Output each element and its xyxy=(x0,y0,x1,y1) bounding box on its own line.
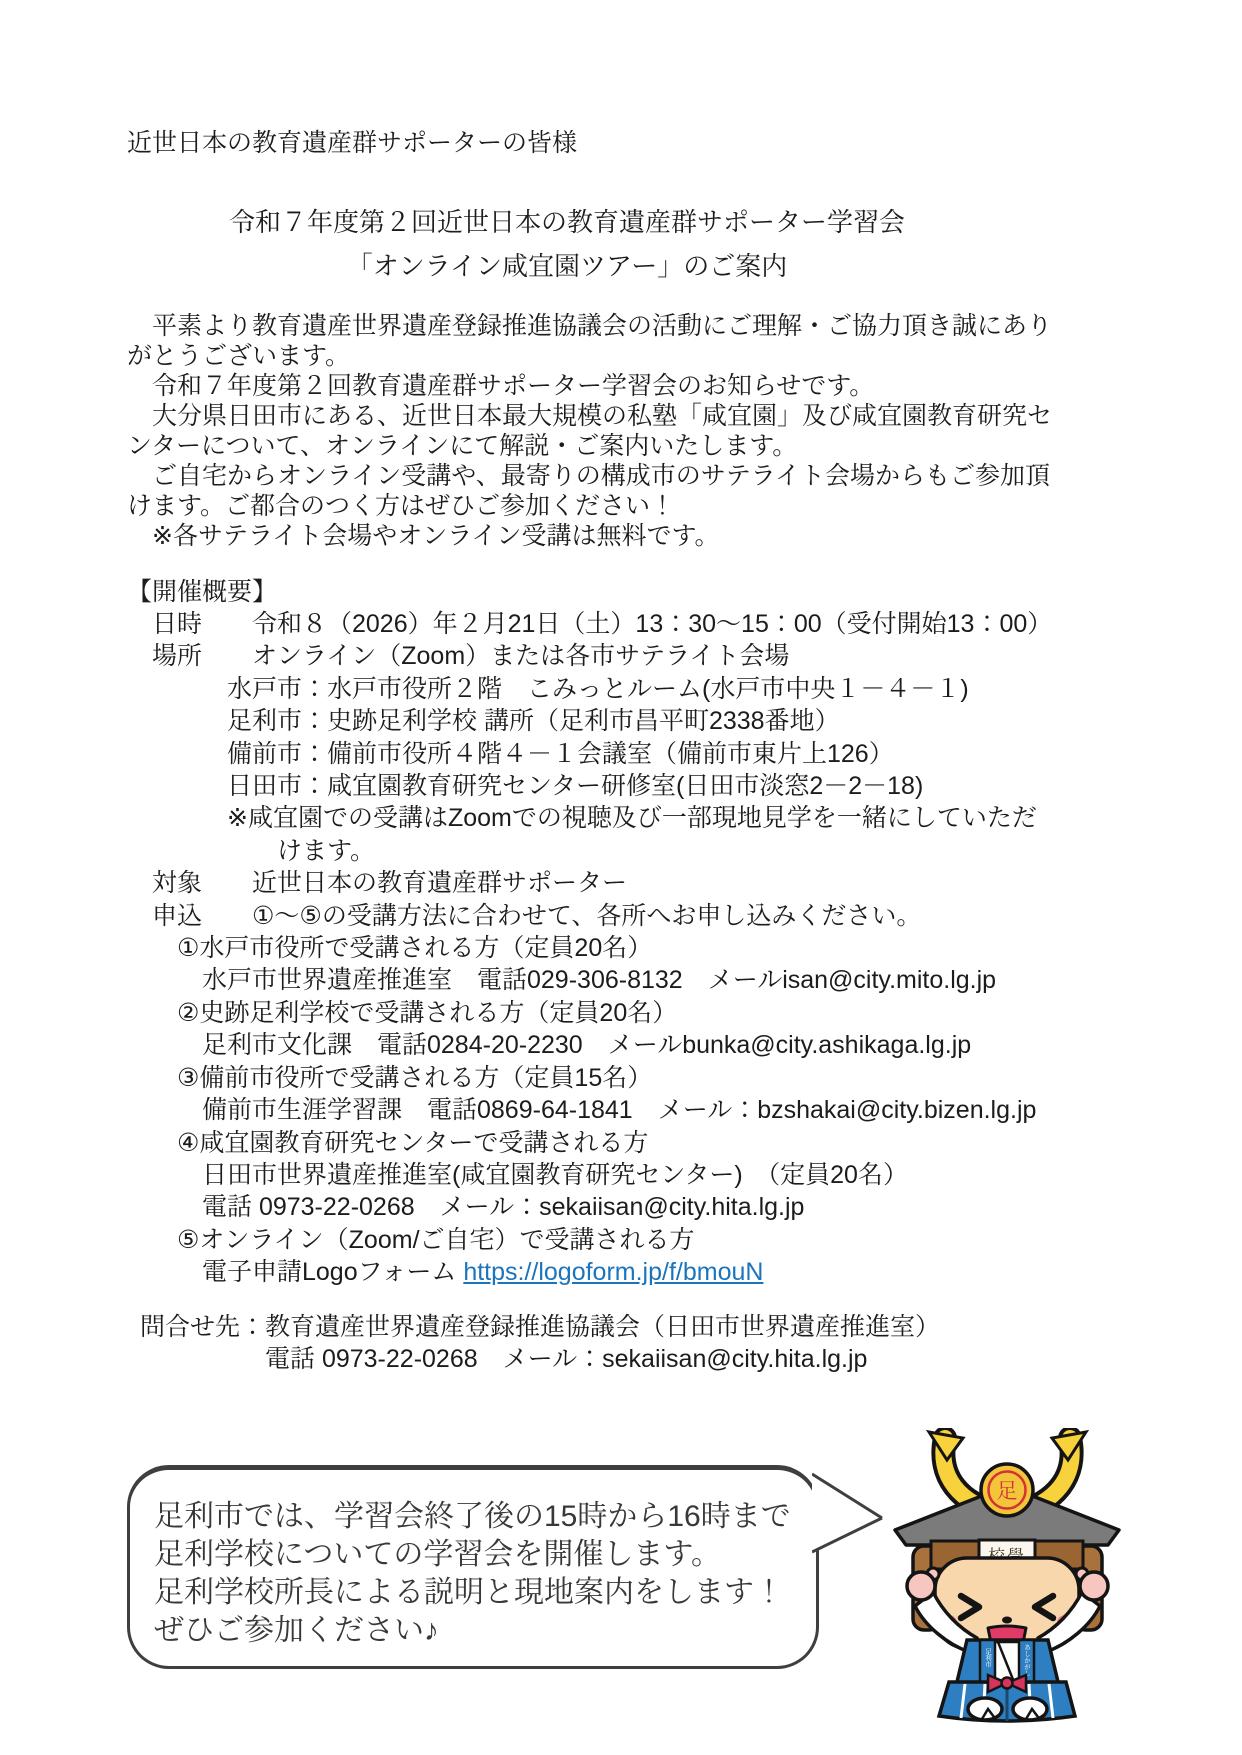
document-line: ②史跡足利学校で受講される方（定員20名） xyxy=(127,997,1187,1029)
speech-bubble-tail xyxy=(812,1468,892,1558)
intro-line: ンターについて、オンラインにて解説・ご案内いたします。 xyxy=(127,431,1187,461)
document-line: 備前市：備前市役所４階４－１会議室（備前市東片上126） xyxy=(127,738,1187,770)
mascot-character: 足 校學 足 xyxy=(885,1428,1130,1723)
contact-line-2: 電話 0973-22-0268 メール：sekaiisan@city.hita.… xyxy=(140,1343,1187,1375)
mascot-nose xyxy=(1002,1617,1012,1624)
document-line: 水戸市世界遺産推進室 電話029-306-8132 メールisan@city.m… xyxy=(127,964,1187,996)
document-line: ⑤オンライン（Zoom/ご自宅）で受講される方 xyxy=(127,1224,1187,1256)
title-line-1: 令和７年度第２回近世日本の教育遺産群サポーター学習会 xyxy=(127,206,1007,238)
document-line: 備前市生涯学習課 電話0869-64-1841 メール：bzshakai@cit… xyxy=(127,1094,1187,1126)
document-line: ④咸宜園教育研究センターで受講される方 xyxy=(127,1127,1187,1159)
document-content: 近世日本の教育遺産群サポーターの皆様 令和７年度第２回近世日本の教育遺産群サポー… xyxy=(127,127,1187,1375)
document-line: 場所 オンライン（Zoom）または各市サテライト会場 xyxy=(127,640,1187,672)
document-line: 日田市：咸宜園教育研究センター研修室(日田市淡窓2－2－18) xyxy=(127,770,1187,802)
document-line: 足利市：史跡足利学校 講所（足利市昌平町2338番地） xyxy=(127,705,1187,737)
document-line: 電話 0973-22-0268 メール：sekaiisan@city.hita.… xyxy=(127,1191,1187,1223)
intro-line: ご自宅からオンライン受講や、最寄りの構成市のサテライト会場からもご参加頂 xyxy=(127,461,1187,491)
mascot-bow-icon xyxy=(988,1675,1026,1692)
recipient-line: 近世日本の教育遺産群サポーターの皆様 xyxy=(127,127,1187,159)
document-line: 電子申請Logoフォーム https://logoform.jp/f/bmouN xyxy=(127,1256,1187,1288)
contact-line-1: 問合せ先：教育遺産世界遺産登録推進協議会（日田市世界遺産推進室） xyxy=(140,1311,1187,1343)
document-line: ※咸宜園での受講はZoomでの視聴及び一部現地見学を一緒にしていただ xyxy=(127,802,1187,834)
document-line: 足利市文化課 電話0284-20-2230 メールbunka@city.ashi… xyxy=(127,1029,1187,1061)
contact-section: 問合せ先：教育遺産世界遺産登録推進協議会（日田市世界遺産推進室） 電話 0973… xyxy=(127,1311,1187,1375)
document-line: 日時 令和８（2026）年２月21日（土）13：30～15：00（受付開始13：… xyxy=(127,608,1187,640)
document-line: ③備前市役所で受講される方（定員15名） xyxy=(127,1062,1187,1094)
document-line: けます。 xyxy=(127,835,1187,867)
speech-bubble-line: 足利市では、学習会終了後の15時から16時まで xyxy=(154,1498,800,1536)
title-line-2: 「オンライン咸宜園ツアー」のご案内 xyxy=(127,250,1007,282)
intro-line: ※各サテライト会場やオンライン受講は無料です。 xyxy=(127,521,1187,551)
speech-bubble: 足利市では、学習会終了後の15時から16時まで 足利学校についての学習会を開催し… xyxy=(127,1465,819,1669)
speech-bubble-line: 足利学校所長による説明と現地案内をします！ xyxy=(154,1574,800,1612)
document-line: 対象 近世日本の教育遺産群サポーター xyxy=(127,867,1187,899)
intro-line: 平素より教育遺産世界遺産登録推進協議会の活動にご理解・ご協力頂き誠にあり xyxy=(127,311,1187,341)
helmet-emblem-icon: 足 xyxy=(981,1464,1033,1516)
intro-line: 令和７年度第２回教育遺産群サポーター学習会のお知らせです。 xyxy=(127,371,1187,401)
overview-heading: 【開催概要】 xyxy=(127,576,1187,608)
event-overview-section: 【開催概要】 日時 令和８（2026）年２月21日（土）13：30～15：00（… xyxy=(127,576,1187,1289)
intro-line: 大分県日田市にある、近世日本最大規模の私塾「咸宜園」及び咸宜園教育研究セ xyxy=(127,401,1187,431)
svg-text:あしかがし: あしかがし xyxy=(1023,1644,1030,1677)
overview-lines: 日時 令和８（2026）年２月21日（土）13：30～15：00（受付開始13：… xyxy=(127,608,1187,1289)
intro-paragraphs: 平素より教育遺産世界遺産登録推進協議会の活動にご理解・ご協力頂き誠にあり がとう… xyxy=(127,311,1187,551)
speech-bubble-line: ぜひご参加ください♪ xyxy=(154,1612,800,1650)
svg-text:足: 足 xyxy=(997,1480,1018,1503)
intro-line: がとうございます。 xyxy=(127,341,1187,371)
document-line: 水戸市：水戸市役所２階 こみっとルーム(水戸市中央１－４－１) xyxy=(127,673,1187,705)
document-page: 近世日本の教育遺産群サポーターの皆様 令和７年度第２回近世日本の教育遺産群サポー… xyxy=(0,0,1242,1755)
logoform-link[interactable]: https://logoform.jp/f/bmouN xyxy=(463,1258,763,1286)
speech-bubble-line: 足利学校についての学習会を開催します。 xyxy=(154,1536,800,1574)
document-line: ①水戸市役所で受講される方（定員20名） xyxy=(127,932,1187,964)
page-title: 令和７年度第２回近世日本の教育遺産群サポーター学習会 「オンライン咸宜園ツアー」… xyxy=(127,206,1007,282)
intro-line: けます。ご都合のつく方はぜひご参加ください！ xyxy=(127,491,1187,521)
document-line: 日田市世界遺産推進室(咸宜園教育研究センター) （定員20名） xyxy=(127,1159,1187,1191)
svg-text:足利市: 足利市 xyxy=(984,1647,991,1669)
document-line: 申込 ①～⑤の受講方法に合わせて、各所へお申し込みください。 xyxy=(127,900,1187,932)
